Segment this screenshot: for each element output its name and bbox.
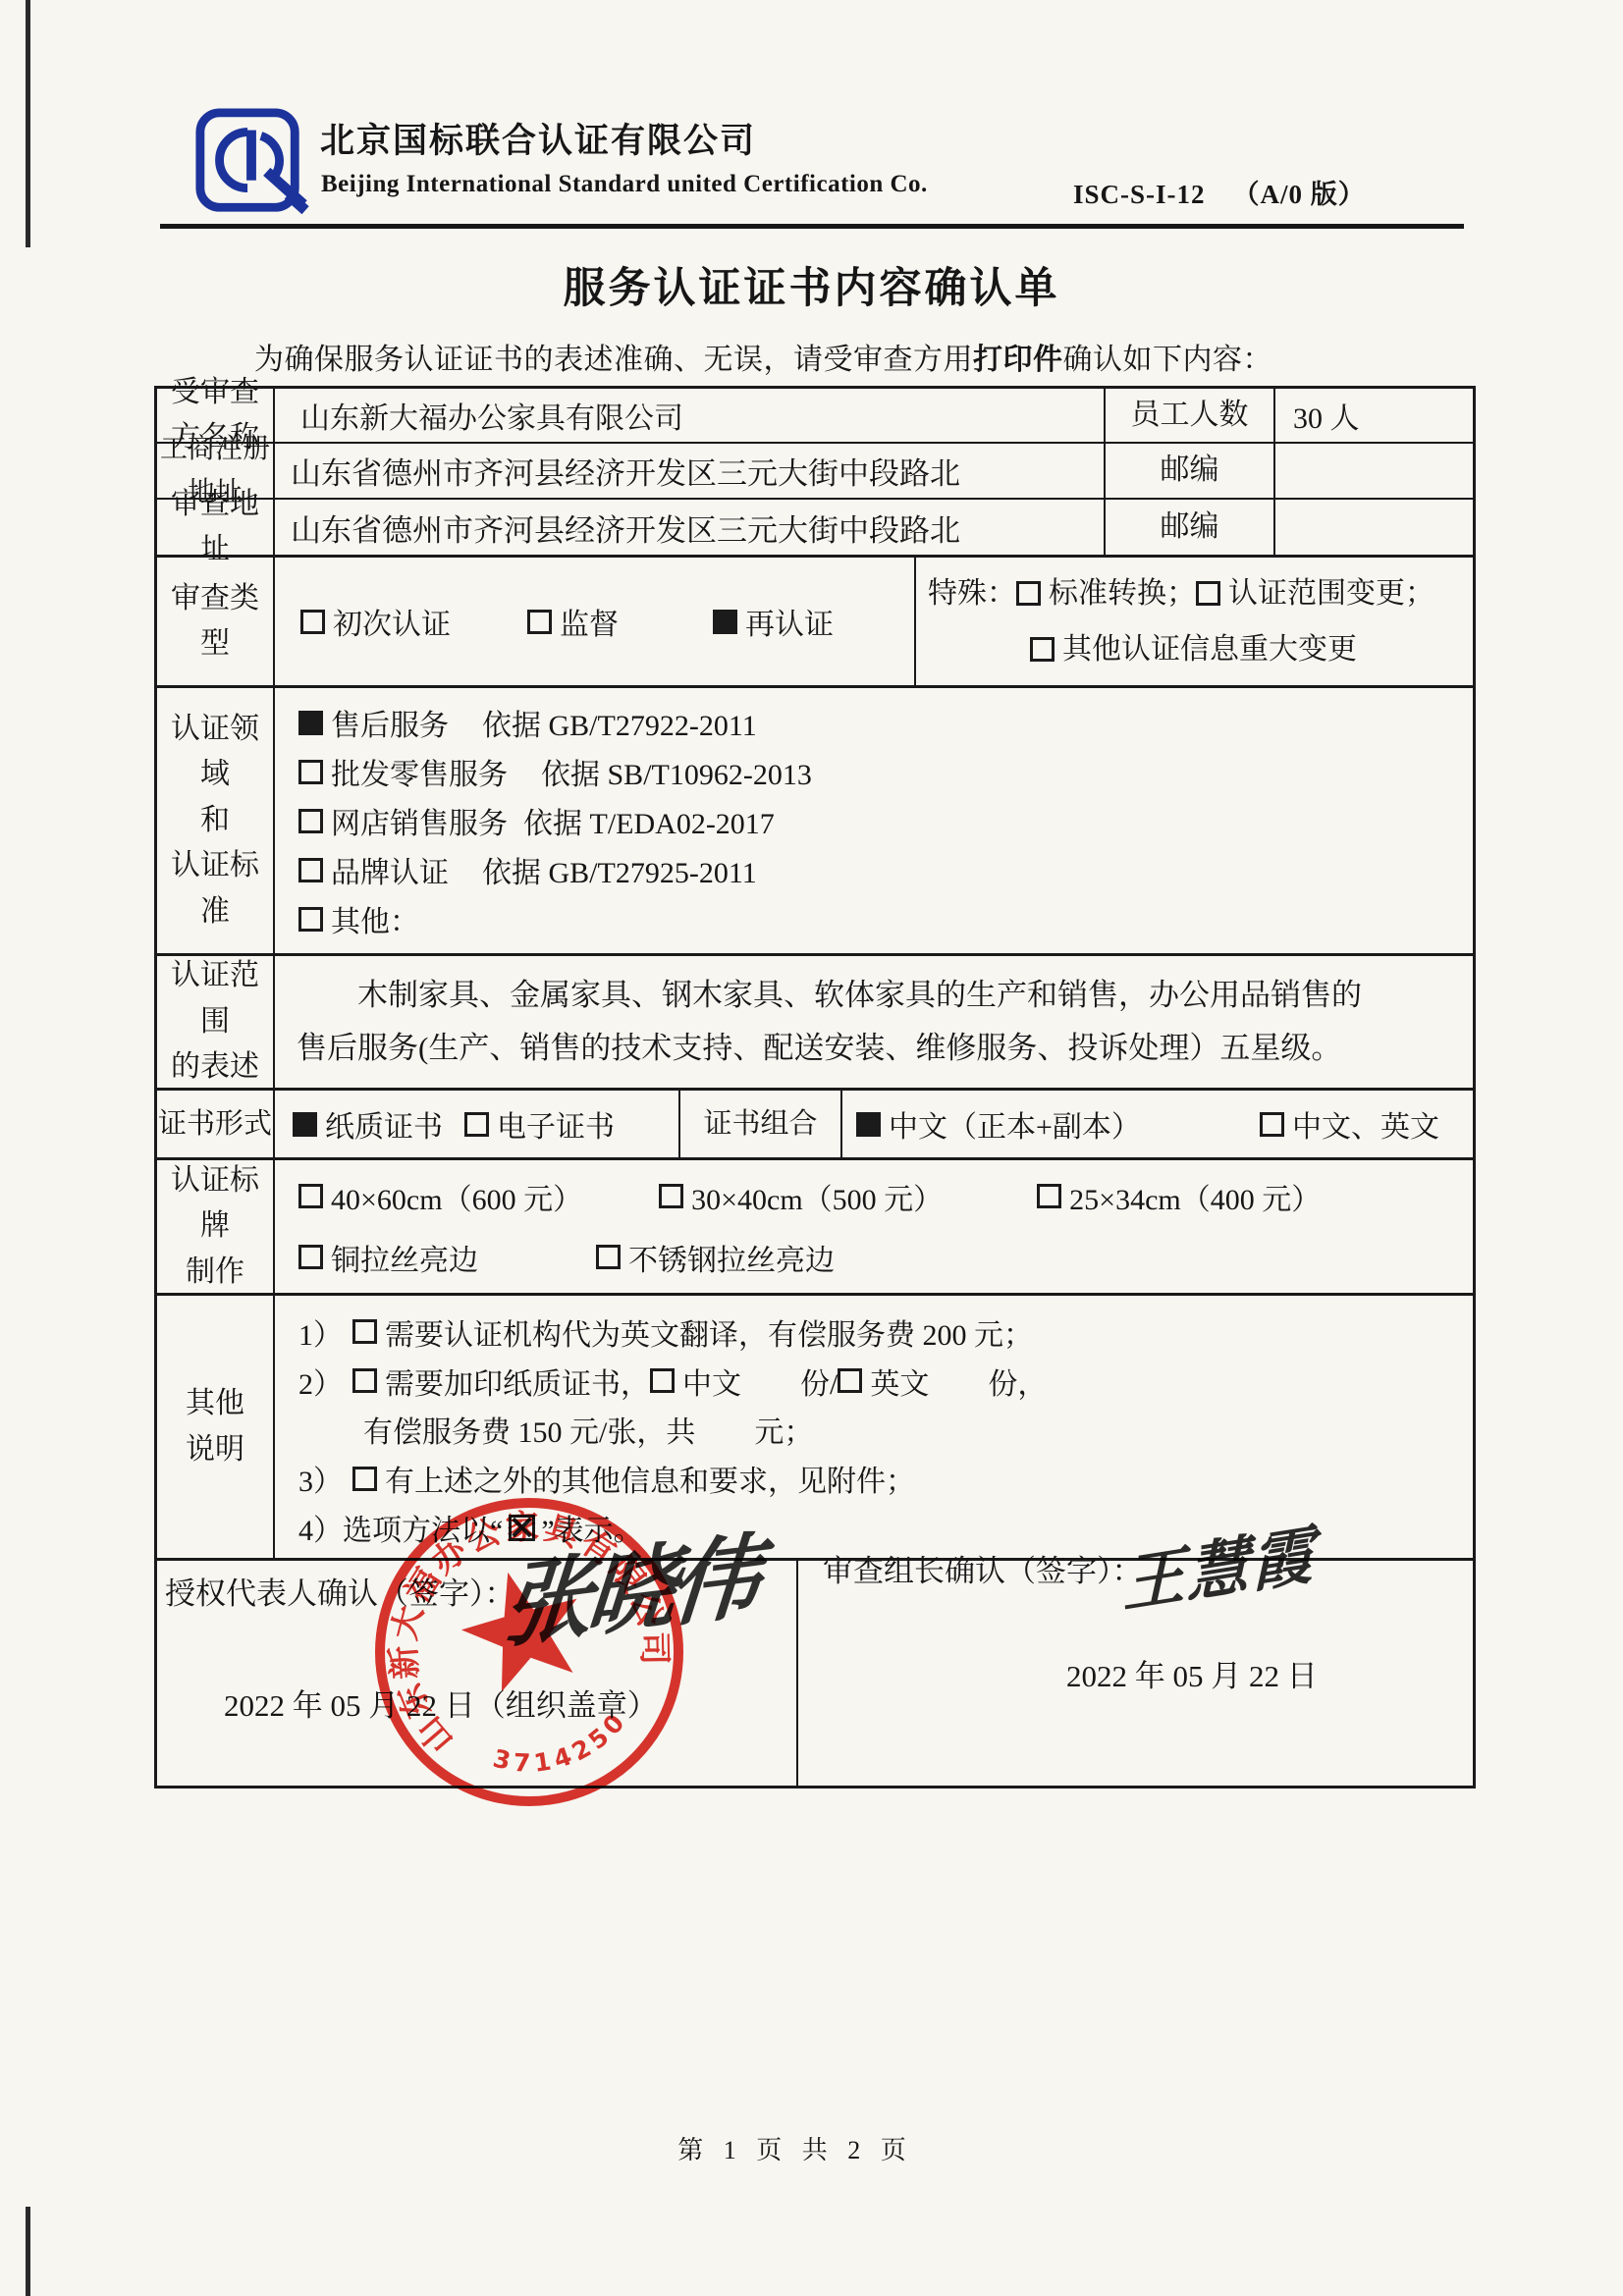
option-standard-transfer: 标准转换； bbox=[1016, 565, 1196, 621]
cert-form-options: 纸质证书 电子证书 bbox=[275, 1091, 680, 1157]
row-auditee: 受审查方名称 山东新大福办公家具有限公司 员工人数 30 人 bbox=[157, 389, 1473, 444]
checkbox-plaque-40x60-icon bbox=[298, 1184, 323, 1208]
audit-address-value: 山东省德州市齐河县经济开发区三元大街中段路北 bbox=[275, 500, 1106, 555]
reg-zip-label: 邮编 bbox=[1106, 444, 1275, 498]
auditee-value: 山东新大福办公家具有限公司 bbox=[275, 389, 1106, 442]
option-stainless-edge: 不锈钢拉丝亮边 bbox=[596, 1236, 835, 1279]
note-line-3: 有偿服务费 150 元/张，共 元； bbox=[298, 1406, 813, 1455]
checkbox-brand-cert-icon bbox=[298, 858, 323, 882]
option-plaque-40x60: 40×60cm（600 元） bbox=[298, 1175, 582, 1218]
audit-type-special: 特殊： 标准转换； 认证范围变更； 其他认证信息重大变更 bbox=[916, 558, 1473, 685]
checkbox-initial-cert-icon bbox=[300, 610, 325, 634]
option-field-other: 其他： bbox=[298, 894, 419, 943]
row-plaque: 认证标牌 制作 40×60cm（600 元） 30×40cm（500 元） 25… bbox=[157, 1160, 1473, 1296]
audit-leader-label: 审查组长确认（签字）： bbox=[823, 1546, 1143, 1590]
audit-type-label: 审查类型 bbox=[157, 558, 275, 685]
row-cert-form: 证书形式 纸质证书 电子证书 证书组合 中文（正本+副本） 中文、英文 bbox=[157, 1091, 1473, 1160]
reg-zip-value bbox=[1275, 444, 1473, 498]
company-name-en: Beijing International Standard united Ce… bbox=[321, 171, 928, 198]
cert-form-label: 证书形式 bbox=[157, 1091, 275, 1157]
scan-artifact-bottom bbox=[26, 2207, 30, 2296]
checkbox-online-store-icon bbox=[298, 809, 323, 833]
intro-bold: 打印件 bbox=[973, 344, 1063, 376]
checkbox-plaque-30x40-icon bbox=[659, 1184, 683, 1208]
doc-code-version: （A/0 版） bbox=[1233, 180, 1366, 209]
row-audit-address: 审查地址 山东省德州市齐河县经济开发区三元大街中段路北 邮编 bbox=[157, 500, 1473, 558]
checkbox-extra-paper-cert-icon bbox=[352, 1368, 377, 1393]
scan-artifact-top bbox=[26, 0, 30, 247]
option-chinese-english: 中文、英文 bbox=[1260, 1102, 1439, 1146]
intro-text: 为确保服务认证证书的表述准确、无误，请受审查方用打印件确认如下内容： bbox=[254, 335, 1272, 378]
cert-combo-options: 中文（正本+副本） 中文、英文 bbox=[842, 1091, 1473, 1157]
scope-text-cell: 木制家具、金属家具、钢木家具、软体家具的生产和销售，办公用品销售的 售后服务(生… bbox=[275, 956, 1473, 1088]
option-brand-cert: 品牌认证依据 GB/T27925-2011 bbox=[298, 845, 757, 894]
checkbox-english-translation-icon bbox=[352, 1319, 377, 1344]
checkbox-surveillance-icon bbox=[527, 610, 552, 634]
scope-label: 认证范围 的表述 bbox=[157, 956, 275, 1088]
option-copper-edge: 铜拉丝亮边 bbox=[298, 1236, 478, 1279]
cert-combo-label: 证书组合 bbox=[680, 1091, 842, 1157]
checkbox-wholesale-icon bbox=[298, 760, 323, 784]
checkbox-chinese-english-icon bbox=[1260, 1112, 1284, 1137]
special-prefix: 特殊： bbox=[928, 565, 1016, 621]
option-initial-cert: 初次认证 bbox=[300, 600, 451, 643]
checkbox-chinese-duplicate-icon bbox=[856, 1112, 881, 1137]
checkbox-electronic-cert-icon bbox=[464, 1112, 489, 1137]
option-wholesale-retail: 批发零售服务依据 SB/T10962-2013 bbox=[298, 747, 812, 796]
row-cert-field: 认证领域 和 认证标准 售后服务依据 GB/T27922-2011 批发零售服务… bbox=[157, 688, 1473, 956]
audit-type-options: 初次认证 监督 再认证 bbox=[275, 558, 916, 685]
company-logo-icon bbox=[193, 106, 309, 222]
row-audit-type: 审查类型 初次认证 监督 再认证 特殊： 标准转换； 认证范围变更； 其他认证信… bbox=[157, 558, 1473, 688]
option-chinese-duplicate: 中文（正本+副本） bbox=[856, 1102, 1141, 1146]
option-plaque-25x34: 25×34cm（400 元） bbox=[1037, 1175, 1321, 1218]
checkbox-stainless-edge-icon bbox=[596, 1245, 621, 1269]
staff-count-value: 30 人 bbox=[1275, 389, 1473, 442]
checkbox-field-other-icon bbox=[298, 907, 323, 932]
cert-field-options: 售后服务依据 GB/T27922-2011 批发零售服务依据 SB/T10962… bbox=[275, 688, 1473, 953]
checkbox-other-major-change-icon bbox=[1030, 637, 1055, 662]
reg-address-value: 山东省德州市齐河县经济开发区三元大街中段路北 bbox=[275, 444, 1106, 498]
other-notes-label: 其他 说明 bbox=[157, 1296, 275, 1558]
intro-post: 确认如下内容： bbox=[1063, 344, 1273, 376]
row-reg-address: 工商注册地址 山东省德州市齐河县经济开发区三元大街中段路北 邮编 bbox=[157, 444, 1473, 500]
row-scope: 认证范围 的表述 木制家具、金属家具、钢木家具、软体家具的生产和销售，办公用品销… bbox=[157, 956, 1473, 1091]
option-after-sale-service: 售后服务依据 GB/T27922-2011 bbox=[298, 698, 757, 747]
option-surveillance: 监督 bbox=[527, 600, 619, 643]
scope-text: 木制家具、金属家具、钢木家具、软体家具的生产和销售，办公用品销售的 售后服务(生… bbox=[297, 969, 1372, 1074]
special-line1: 特殊： 标准转换； 认证范围变更； bbox=[928, 565, 1434, 621]
checkbox-paper-cert-icon bbox=[293, 1112, 317, 1137]
checkbox-extra-chinese-icon bbox=[650, 1368, 675, 1393]
checkbox-recert-icon bbox=[713, 610, 737, 634]
header-divider bbox=[160, 224, 1464, 229]
checkbox-standard-transfer-icon bbox=[1016, 581, 1041, 606]
option-scope-change: 认证范围变更； bbox=[1196, 565, 1434, 621]
checkbox-plaque-25x34-icon bbox=[1037, 1184, 1061, 1208]
page-title: 服务认证证书内容确认单 bbox=[0, 255, 1623, 315]
plaque-size-options: 40×60cm（600 元） 30×40cm（500 元） 25×34cm（40… bbox=[298, 1166, 1321, 1227]
checkbox-copper-edge-icon bbox=[298, 1245, 323, 1269]
option-recert: 再认证 bbox=[713, 600, 834, 643]
page-number: 第 1 页 共 2 页 bbox=[0, 2130, 1591, 2166]
option-online-store: 网店销售服务依据 T/EDA02-2017 bbox=[298, 796, 775, 845]
plaque-edge-options: 铜拉丝亮边 不锈钢拉丝亮边 bbox=[298, 1227, 835, 1288]
audit-address-label: 审查地址 bbox=[157, 500, 275, 555]
note-line-2: 2）需要加印纸质证书，中文 份/英文 份， bbox=[298, 1357, 1047, 1406]
special-line2: 其他认证信息重大变更 bbox=[928, 621, 1357, 677]
checkbox-scope-change-icon bbox=[1196, 581, 1220, 606]
staff-count-label: 员工人数 bbox=[1106, 389, 1275, 442]
checkbox-after-sale-icon bbox=[298, 711, 323, 735]
cert-field-label: 认证领域 和 认证标准 bbox=[157, 688, 275, 953]
note-line-1: 1）需要认证机构代为英文翻译，有偿服务费 200 元； bbox=[298, 1308, 1033, 1357]
document-code: ISC-S-I-12（A/0 版） bbox=[1073, 173, 1366, 211]
audit-leader-date: 2022 年 05 月 22 日 bbox=[1066, 1651, 1318, 1695]
doc-code-number: ISC-S-I-12 bbox=[1073, 180, 1206, 209]
option-plaque-30x40: 30×40cm（500 元） bbox=[659, 1175, 943, 1218]
plaque-options: 40×60cm（600 元） 30×40cm（500 元） 25×34cm（40… bbox=[275, 1160, 1473, 1293]
checkbox-extra-english-icon bbox=[838, 1368, 862, 1393]
company-name-cn: 北京国标联合认证有限公司 bbox=[320, 114, 756, 163]
option-paper-cert: 纸质证书 bbox=[293, 1102, 443, 1146]
option-electronic-cert: 电子证书 bbox=[464, 1102, 615, 1146]
plaque-label: 认证标牌 制作 bbox=[157, 1160, 275, 1293]
audit-zip-label: 邮编 bbox=[1106, 500, 1275, 555]
audit-zip-value bbox=[1275, 500, 1473, 555]
option-other-major-change: 其他认证信息重大变更 bbox=[1030, 621, 1357, 677]
intro-pre: 为确保服务认证证书的表述准确、无误，请受审查方用 bbox=[254, 344, 973, 376]
